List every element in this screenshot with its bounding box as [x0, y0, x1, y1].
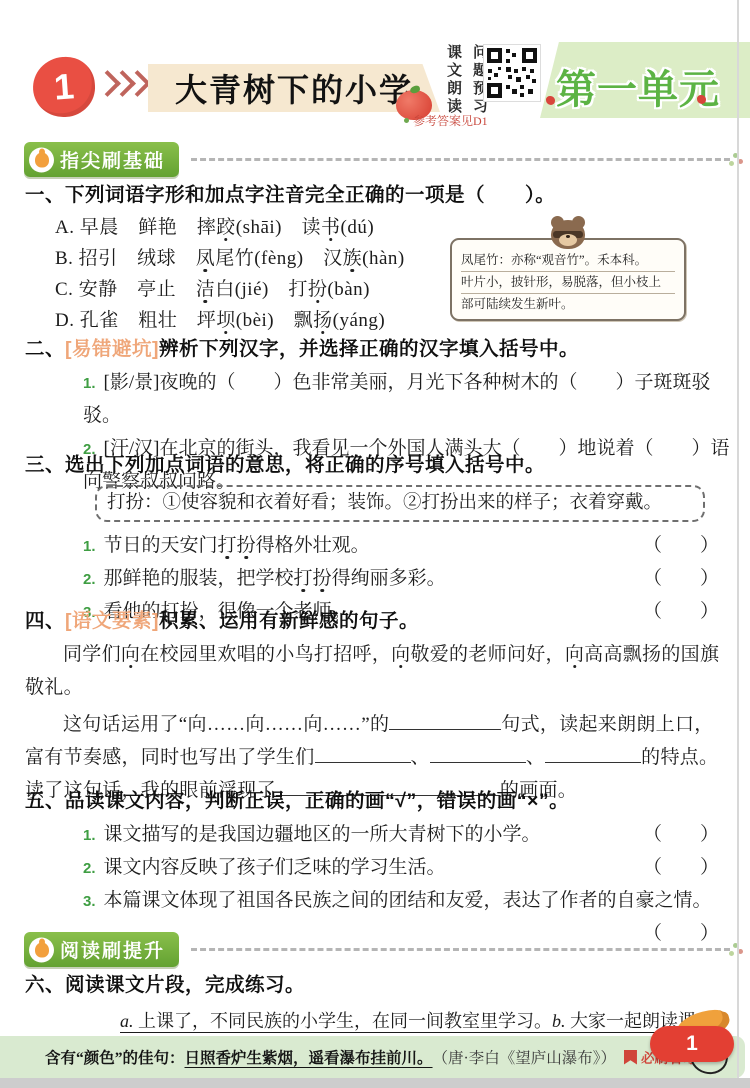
item-text: [影/景]夜晚的（ ）色非常美丽，月光下各种树木的（ ）子斑斑驳驳。	[83, 372, 710, 426]
question-number: 四、	[25, 610, 65, 632]
definition-box: 打扮：①使容貌和衣着好看；装饰。②打扮出来的样子；衣着穿戴。	[95, 485, 705, 522]
numbered-item: 2.课文内容反映了孩子们乏味的学习生活。（ ）	[25, 851, 731, 884]
q1-option: B. 招引 绒球 凤尾竹(fèng) 汉族(hàn)	[25, 243, 455, 274]
question-title: 下列词语字形和加点字注音完全正确的一项是（ ）。	[65, 184, 555, 206]
question-6-header: 六、阅读课文片段，完成练习。	[25, 972, 731, 998]
question-5-header: 五、品读课文内容，判断正误，正确的画“√”，错误的画“×”。	[25, 788, 731, 814]
passage-segment: a.	[120, 1011, 138, 1031]
emphasized-char: 族	[343, 248, 363, 269]
footer-poem: 日照香炉生紫烟，遥看瀑布挂前川。	[185, 1046, 433, 1068]
emphasized-char: 坝	[216, 310, 236, 331]
section-label: 阅读刷提升	[60, 941, 165, 962]
section-banner-basic: 指尖刷基础	[24, 142, 730, 177]
question-title: 品读课文内容，判断正误，正确的画“√”，错误的画“×”。	[65, 790, 569, 812]
q1-option: D. 孔雀 粗壮 坪坝(bèi) 飘扬(yáng)	[25, 305, 455, 336]
footer-attribution: （唐·李白《望庐山瀑布》）	[433, 1046, 616, 1068]
answer-blank	[430, 743, 526, 763]
question-5-items: 1.课文描写的是我国边疆地区的一所大青树下的小学。（ ）2.课文内容反映了孩子们…	[25, 818, 731, 950]
numbered-item: 2.那鲜艳的服装，把学校打扮得绚丽多彩。（ ）	[25, 562, 731, 595]
item-text: 节日的天安门打扮得格外壮观。	[104, 529, 370, 562]
reading-passage: a. 上课了，不同民族的小学生，在同一间教室里学习。b. 大家一起朗读课	[25, 1006, 731, 1036]
page-bottom-edge	[0, 1078, 750, 1088]
question-6: 六、阅读课文片段，完成练习。 a. 上课了，不同民族的小学生，在同一间教室里学习…	[25, 972, 731, 1036]
qr-code-icon	[483, 44, 541, 102]
passage-text: a. 上课了，不同民族的小学生，在同一间教室里学习。b. 大家一起朗读课	[120, 1011, 696, 1031]
section-banner-reading: 阅读刷提升	[24, 932, 730, 967]
numbered-item: 1.节日的天安门打扮得格外壮观。（ ）	[25, 529, 731, 562]
question-number: 五、	[25, 790, 65, 812]
item-number: 1.	[83, 375, 96, 392]
emphasized-char: 洁	[196, 279, 216, 300]
passage-segment: b.	[552, 1011, 570, 1031]
lesson-number-badge: 1	[31, 55, 97, 119]
q1-option: A. 早晨 鲜艳 摔跤(shāi) 读书(dú)	[25, 212, 455, 243]
tip-line: 叶片小，披针形，易脱落，但小枝上	[461, 272, 675, 294]
footer-lead: 含有“颜色”的佳句：	[45, 1046, 185, 1068]
dashed-divider	[191, 158, 730, 161]
bear-icon	[548, 216, 588, 252]
quoted-sentence: 同学们向在校园里欢唱的小鸟打招呼，向敬爱的老师问好，向高高飘扬的国旗敬礼。	[25, 638, 731, 704]
answer-blank	[389, 710, 501, 730]
question-number: 六、	[25, 974, 65, 996]
chevron-right-icon	[104, 74, 147, 93]
answer-blank	[315, 743, 411, 763]
section-label: 指尖刷基础	[60, 151, 165, 172]
question-title: 积累、运用有新鲜感的句子。	[159, 610, 419, 632]
berry-decoration-icon	[697, 95, 706, 104]
page-number-badge: 1	[650, 1026, 734, 1062]
answer-parentheses: （ ）	[643, 818, 719, 851]
question-3-header: 三、选出下列加点词语的意思，将正确的序号填入括号中。	[25, 452, 731, 478]
page-right-edge	[737, 0, 739, 1088]
section-pill: 阅读刷提升	[24, 932, 179, 967]
item-number: 1.	[83, 827, 96, 844]
q1-option: C. 安静 亭止 洁白(jié) 打扮(bàn)	[25, 274, 455, 305]
emphasized-char: 跤	[216, 217, 236, 238]
bookmark-icon	[624, 1050, 637, 1065]
question-5: 五、品读课文内容，判断正误，正确的画“√”，错误的画“×”。 1.课文描写的是我…	[25, 788, 731, 950]
emphasized-char: 打	[218, 535, 237, 556]
question-tag: [易错避坑]	[65, 338, 159, 360]
knowledge-tip-box: 凤尾竹：亦称“观音竹”。禾本科。叶片小，披针形，易脱落，但小枝上部可陆续发生新叶…	[450, 238, 686, 321]
tip-line: 部可陆续发生新叶。	[461, 294, 675, 315]
numbered-item: 1.课文描写的是我国边疆地区的一所大青树下的小学。（ ）	[25, 818, 731, 851]
question-4: 四、[语文要素]积累、运用有新鲜感的句子。 同学们向在校园里欢唱的小鸟打招呼，向…	[25, 608, 731, 807]
item-number: 2.	[83, 571, 96, 588]
question-number: 二、	[25, 338, 65, 360]
emphasized-char: 向	[565, 644, 584, 665]
fingertip-icon	[29, 147, 54, 172]
tip-text: 凤尾竹：亦称“观音竹”。禾本科。叶片小，披针形，易脱落，但小枝上部可陆续发生新叶…	[461, 250, 675, 315]
emphasized-char: 书	[321, 217, 341, 238]
passage-segment: 上课了，不同民族的小学生，在同一间教室里学习。	[138, 1011, 552, 1031]
emphasized-char: 打	[294, 568, 313, 589]
dashed-divider	[191, 948, 730, 951]
answer-parentheses: （ ）	[643, 851, 719, 884]
emphasized-char: 扮	[313, 568, 332, 589]
numbered-item: 1.[影/景]夜晚的（ ）色非常美丽，月光下各种树木的（ ）子斑斑驳驳。	[25, 366, 731, 432]
question-title: 选出下列加点词语的意思，将正确的序号填入括号中。	[65, 454, 545, 476]
question-4-header: 四、[语文要素]积累、运用有新鲜感的句子。	[25, 608, 731, 634]
question-1-options: A. 早晨 鲜艳 摔跤(shāi) 读书(dú)B. 招引 绒球 凤尾竹(fèn…	[25, 212, 455, 336]
emphasized-char: 扬	[313, 310, 333, 331]
question-tag: [语文要素]	[65, 610, 159, 632]
item-number: 1.	[83, 538, 96, 555]
question-number: 三、	[25, 454, 65, 476]
tip-line: 凤尾竹：亦称“观音竹”。禾本科。	[461, 250, 675, 272]
chevron-icon	[124, 70, 151, 97]
question-2-header: 二、[易错避坑]辨析下列汉字，并选择正确的汉字填入括号中。	[25, 336, 731, 362]
answer-parentheses: （ ）	[643, 562, 719, 595]
question-title: 阅读课文片段，完成练习。	[65, 974, 305, 996]
emphasized-char: 扮	[308, 279, 328, 300]
question-1-header: 一、下列词语字形和加点字注音完全正确的一项是（ ）。	[25, 182, 731, 208]
answer-reference-note: 参考答案见D1	[404, 112, 488, 129]
footer-quote-band: 含有“颜色”的佳句： 日照香炉生紫烟，遥看瀑布挂前川。 （唐·李白《望庐山瀑布》…	[0, 1036, 745, 1078]
item-number: 3.	[83, 893, 96, 910]
lesson-title: 大青树下的小学	[175, 65, 413, 111]
question-3: 三、选出下列加点词语的意思，将正确的序号填入括号中。 打扮：①使容貌和衣着好看；…	[25, 452, 731, 628]
item-text: 课文内容反映了孩子们乏味的学习生活。	[104, 851, 446, 884]
berry-decoration-icon	[546, 96, 555, 105]
question-title: 辨析下列汉字，并选择正确的汉字填入括号中。	[159, 338, 579, 360]
section-pill: 指尖刷基础	[24, 142, 179, 177]
item-text: 那鲜艳的服装，把学校打扮得绚丽多彩。	[104, 562, 446, 595]
emphasized-char: 扮	[237, 535, 256, 556]
qr-label-reading: 课文朗读	[443, 44, 464, 122]
emphasized-char: 凤	[196, 248, 216, 269]
emphasized-char: 向	[391, 644, 410, 665]
emphasized-char: 向	[121, 644, 140, 665]
question-number: 一、	[25, 184, 65, 206]
workbook-page: 1 大青树下的小学 课文朗读 问题预习 第一单元	[0, 0, 750, 1088]
item-number: 2.	[83, 860, 96, 877]
unit-label: 第一单元	[556, 58, 720, 115]
answer-parentheses: （ ）	[643, 529, 719, 562]
item-text: 本篇课文体现了祖国各民族之间的团结和友爱，表达了作者的自豪之情。	[104, 884, 712, 917]
item-text: 课文描写的是我国边疆地区的一所大青树下的小学。	[104, 818, 541, 851]
reading-icon	[29, 937, 54, 962]
answer-blank	[545, 743, 641, 763]
